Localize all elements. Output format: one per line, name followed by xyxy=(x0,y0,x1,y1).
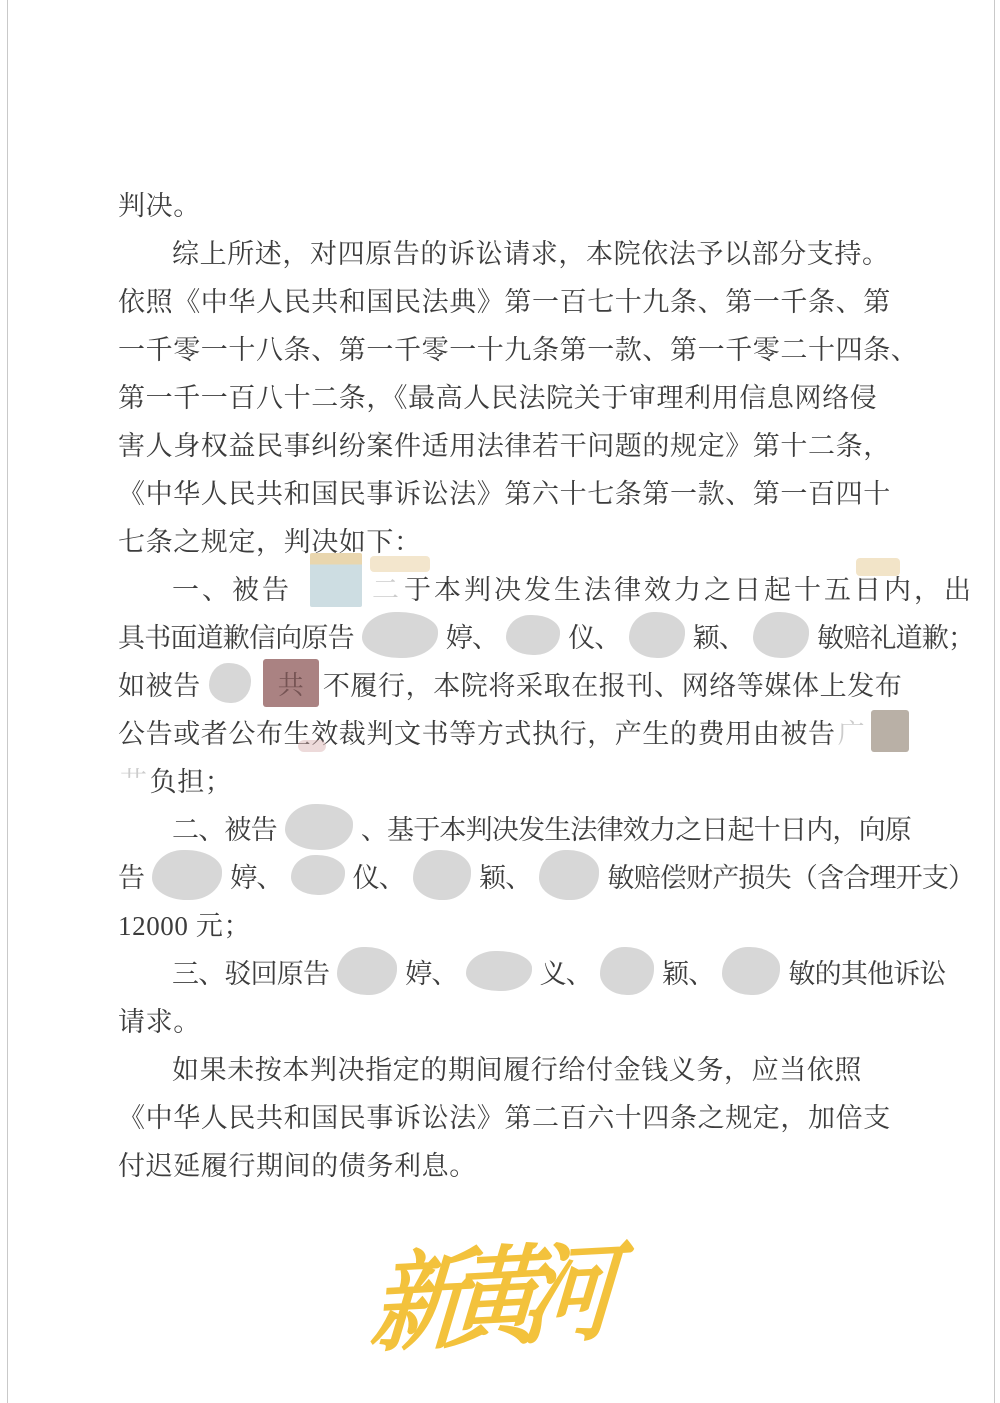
redaction-block xyxy=(285,804,353,850)
redaction-block xyxy=(466,951,532,991)
text-line: 三、驳回原告婷、义、颖、敏的其他诉讼 xyxy=(118,947,918,995)
text-run: 敏赔偿财产损失（含合理开支） xyxy=(607,856,974,895)
judgment-page: 判决。综上所述，对四原告的诉讼请求，本院依法予以部分支持。依照《中华人民共和国民… xyxy=(0,0,1000,1403)
scan-smudge xyxy=(856,558,900,576)
text-run: 义、 xyxy=(540,952,592,991)
text-line: 七条之规定，判决如下： xyxy=(118,515,918,563)
text-run: 具书面道歉信向原告 xyxy=(118,616,354,655)
text-run: 婷、 xyxy=(405,952,457,991)
redaction-block xyxy=(152,850,222,900)
text-line: 付迟延履行期间的债务利息。 xyxy=(118,1139,918,1187)
redaction-block xyxy=(600,947,654,995)
text-run: 负担； xyxy=(150,760,233,799)
text-run: 二、被告 xyxy=(172,808,277,847)
text-run: 七条之规定，判决如下： xyxy=(118,520,422,559)
text-line: 判决。 xyxy=(118,179,918,227)
text-run: 依照《中华人民共和国民法典》第一百七十九条、第一千条、第 xyxy=(118,280,891,319)
redaction-block xyxy=(209,663,251,703)
ghost-character-remnant: 广 xyxy=(838,712,866,751)
redaction-block xyxy=(291,855,345,895)
redaction-block xyxy=(362,612,438,658)
text-run: 三、驳回原告 xyxy=(172,952,329,991)
news-outlet-watermark: 新黄河 xyxy=(366,1226,604,1373)
text-line: 告婷、仪、颖、敏赔偿财产损失（含合理开支） xyxy=(118,851,918,899)
text-run: 颖、 xyxy=(479,856,531,895)
text-run: 敏赔礼道歉； xyxy=(817,616,974,655)
redaction-block xyxy=(413,850,471,900)
text-run: 一、被告 xyxy=(172,568,292,607)
text-run: 付迟延履行期间的债务利息。 xyxy=(118,1144,477,1183)
text-line: 第一千一百八十二条，《最高人民法院关于审理利用信息网络侵 xyxy=(118,371,918,419)
scan-smudge xyxy=(370,556,430,572)
text-line: 请求。 xyxy=(118,995,918,1043)
text-line: 二、被告、基于本判决发生法律效力之日起十日内，向原 xyxy=(118,803,918,851)
text-line: 一、被告二于本判决发生法律效力之日起十五日内，出 xyxy=(118,563,918,611)
text-run: 一千零一十八条、第一千零一十九条第一款、第一千零二十四条、 xyxy=(118,328,918,367)
text-run: 判决。 xyxy=(118,184,201,223)
text-run: 如果未按本判决指定的期间履行给付金钱义务，应当依照 xyxy=(172,1048,862,1087)
text-run: 不履行，本院将采取在报刊、网络等媒体上发布 xyxy=(323,664,903,703)
text-run: 《中华人民共和国民事诉讼法》第二百六十四条之规定，加倍支 xyxy=(118,1096,891,1135)
text-run: 颖、 xyxy=(693,616,745,655)
text-run: 、基于本判决发生法律效力之日起十日内，向原 xyxy=(361,808,911,847)
text-line: 具书面道歉信向原告婷、仪、颖、敏赔礼道歉； xyxy=(118,611,918,659)
text-line: 如被告共不履行，本院将采取在报刊、网络等媒体上发布 xyxy=(118,659,918,707)
redaction-block xyxy=(753,612,809,658)
text-run: 婷、 xyxy=(446,616,498,655)
ghost-character-remnant: 共 xyxy=(263,659,319,707)
text-run: 综上所述，对四原告的诉讼请求，本院依法予以部分支持。 xyxy=(172,232,890,271)
text-run: 请求。 xyxy=(118,1000,201,1039)
scan-smudge xyxy=(298,740,326,752)
text-run: 告 xyxy=(118,856,144,895)
text-line: 如果未按本判决指定的期间履行给付金钱义务，应当依照 xyxy=(118,1043,918,1091)
text-line: 综上所述，对四原告的诉讼请求，本院依法予以部分支持。 xyxy=(118,227,918,275)
text-run: 敏的其他诉讼 xyxy=(788,952,945,991)
text-run: 12000 元； xyxy=(118,904,251,943)
text-line: 一千零一十八条、第一千零一十九条第一款、第一千零二十四条、 xyxy=(118,323,918,371)
ghost-character-remnant: 二 xyxy=(372,568,402,607)
text-run: 公告或者公布生效裁判文书等方式执行，产生的费用由被告 xyxy=(118,712,836,751)
text-run: 害人身权益民事纠纷案件适用法律若干问题的规定》第十二条， xyxy=(118,424,891,463)
text-run: 仪、 xyxy=(353,856,405,895)
redaction-block xyxy=(337,947,397,995)
text-run: 婷、 xyxy=(230,856,282,895)
ghost-character-remnant: 艹 xyxy=(120,760,148,799)
text-run: 仪、 xyxy=(568,616,620,655)
redaction-block xyxy=(506,615,560,655)
page-left-edge xyxy=(7,0,8,1403)
text-line: 依照《中华人民共和国民法典》第一百七十九条、第一千条、第 xyxy=(118,275,918,323)
text-line: 12000 元； xyxy=(118,899,918,947)
text-block: 判决。综上所述，对四原告的诉讼请求，本院依法予以部分支持。依照《中华人民共和国民… xyxy=(118,179,918,1187)
text-run: 颖、 xyxy=(662,952,714,991)
text-line: 害人身权益民事纠纷案件适用法律若干问题的规定》第十二条， xyxy=(118,419,918,467)
text-run: 如被告 xyxy=(118,664,201,703)
text-run: 《中华人民共和国民事诉讼法》第六十七条第一款、第一百四十 xyxy=(118,472,891,511)
redaction-block xyxy=(310,553,362,607)
text-line: 《中华人民共和国民事诉讼法》第六十七条第一款、第一百四十 xyxy=(118,467,918,515)
text-line: 《中华人民共和国民事诉讼法》第二百六十四条之规定，加倍支 xyxy=(118,1091,918,1139)
redaction-block: 共 xyxy=(263,659,319,707)
redaction-block xyxy=(539,850,599,900)
redaction-block xyxy=(722,947,780,995)
page-right-edge xyxy=(994,0,995,1403)
redaction-block xyxy=(629,612,685,658)
text-line: 艹负担； xyxy=(118,755,918,803)
text-run: 第一千一百八十二条，《最高人民法院关于审理利用信息网络侵 xyxy=(118,376,877,415)
redaction-block xyxy=(871,710,909,752)
text-line: 公告或者公布生效裁判文书等方式执行，产生的费用由被告广 xyxy=(118,707,918,755)
